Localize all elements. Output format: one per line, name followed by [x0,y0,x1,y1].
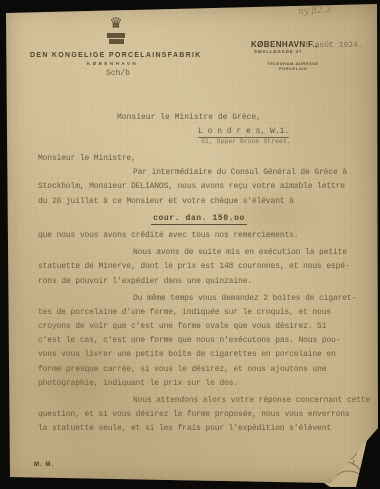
recipient-name: Monsieur le Ministre de Grèce, [117,113,261,122]
recipient-city: L o n d r e s, W.1. [198,127,289,138]
body-line: statuette de Minerve, dont le prix est 1… [38,260,360,274]
body-line: vons vous livrer une petite boîte de cig… [38,348,360,362]
letter-body: Monsieur le Ministre, Par intermédiaire … [38,152,360,437]
crown-icon: ♛ [98,16,134,31]
body-line: que nous vous avons crédité avec tous no… [38,229,360,243]
reference-code: Sch/b [88,69,148,78]
letter-date: 8 août 1924. [305,41,363,50]
company-name: DEN KONGELIGE PORCELAINSFABRIK [30,52,195,59]
body-line: Du même temps vous demandez 2 boîtes de … [38,292,360,306]
hallmark-blocks [104,32,128,45]
telegram-address: TELEGRAM-ADRESSE PORCELAIN [258,61,328,71]
body-line: Stockholm, Monsieur DELIANOS, nous avons… [38,180,360,194]
salutation: Monsieur le Ministre, [38,152,360,166]
body-line: Nous avons de suite mis en exécution la … [38,246,360,260]
amount-value: cour. dan. 150.oo [151,214,247,225]
amount-line: cour. dan. 150.oo [38,212,360,226]
body-line: la statuette seule, et si les frais pour… [38,422,360,436]
telegram-line: PORCELAIN [258,66,328,71]
body-line: forme presque carrée, si vous le désirez… [38,363,360,377]
company-city: KØBENHAVN [60,61,165,66]
body-line: croyons de voir que c'est une forme oval… [38,320,360,334]
body-line: c'est le cas, c'est une forme que nous n… [38,334,360,348]
body-line: photographie, indiquant le prix sur le d… [38,377,360,391]
body-line: rons de pouvoir l'expédier dans une quin… [38,275,360,289]
body-line: du 26 juillet à ce Monsieur et votre chè… [38,195,360,209]
body-line: Par intermédiaire du Consul Général de G… [38,166,360,180]
body-line: question, et si vous désirez la forme pr… [38,408,360,422]
body-line: Nous attendons alors votre réponse conce… [38,394,360,408]
hallmark-block [107,33,125,38]
body-line: tes de porcelaine d'une forme, indiquée … [38,306,360,320]
hallmark-block [109,39,124,44]
clerk-initials: M. M. [34,462,54,468]
archive-annotation: ny β2.3 [298,5,332,17]
scanned-letter-page: ♛ DEN KONGELIGE PORCELAINSFABRIK KØBENHA… [0,0,380,489]
letter-paper: ♛ DEN KONGELIGE PORCELAINSFABRIK KØBENHA… [0,0,380,489]
letterhead-street: SMALLEGADE 47 [254,49,302,54]
recipient-street: 51, Upper Brook Street. [201,138,291,145]
